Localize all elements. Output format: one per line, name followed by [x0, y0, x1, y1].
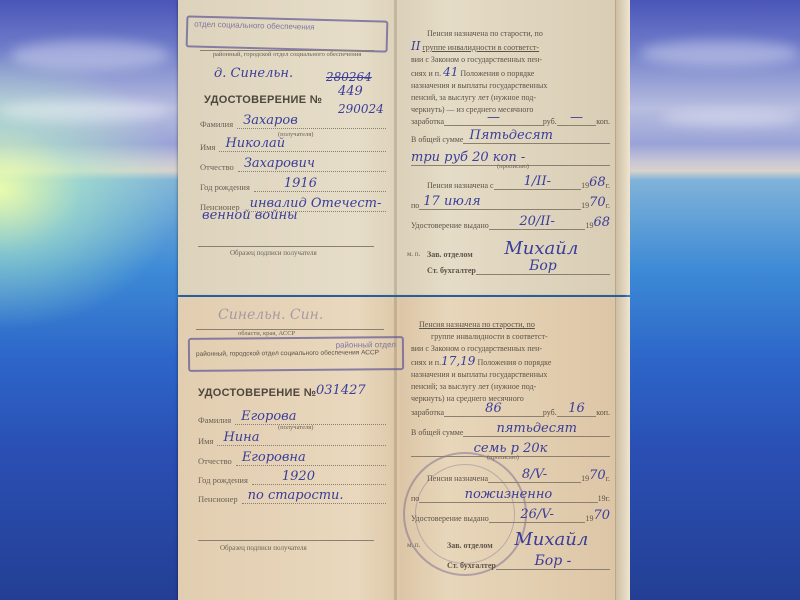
office-stamp: отдел социального обеспечения	[186, 15, 389, 52]
field-surname: Фамилия Егорова	[198, 409, 386, 425]
head-signature: Михайл	[473, 238, 610, 259]
field-pensioner: Пенсионер по старости.	[198, 488, 386, 504]
earnings-row: заработка — руб. — коп.	[411, 110, 610, 126]
pension-basis-paragraph: Пенсия назначена по старости, по группе …	[411, 319, 610, 405]
head-signature: Михайл	[493, 529, 610, 550]
signature-line	[198, 540, 374, 541]
crossed-number: 280264	[326, 70, 372, 84]
clause-number: 41	[443, 65, 458, 79]
seal-place-label: м. п.	[407, 250, 420, 258]
cloud	[0, 100, 170, 122]
certificate-right-page: Пенсия назначена по старости, по группе …	[397, 297, 626, 600]
office-stamp: районный отдел районный, городской отдел…	[188, 336, 404, 372]
cloud	[660, 110, 800, 126]
certificate-title: УДОСТОВЕРЕНИЕ №	[198, 387, 316, 399]
head-signature-row: Зав. отделом Михайл	[447, 529, 610, 550]
field-birth-year: Год рождения 1916	[200, 176, 386, 192]
certificate-left-page: Синельн. Син. области, края, АССР районн…	[178, 297, 394, 600]
signature-line	[198, 246, 374, 247]
signature-caption: Образец подписи получателя	[230, 249, 317, 257]
pension-basis-paragraph: Пенсия назначена по старости, по II груп…	[411, 28, 610, 116]
head-signature-row: Зав. отделом Михайл	[427, 238, 610, 259]
certificate-right-page: Пенсия назначена по старости, по II груп…	[397, 0, 626, 295]
faded-handwriting: Синельн. Син.	[218, 307, 323, 323]
in-words-caption: (прописью)	[487, 454, 519, 461]
field-patronymic: Отчество Захарович	[200, 156, 386, 172]
certificate-number: 449	[338, 84, 363, 99]
assigned-from-row: Пенсия назначена с 1/II- 1968г.	[411, 174, 610, 190]
field-patronymic: Отчество Егоровна	[198, 450, 386, 466]
clause-number: 17,19	[441, 354, 475, 368]
pension-certificate-bottom: Синельн. Син. области, края, АССР районн…	[178, 297, 626, 600]
certificate-number: 031427	[316, 383, 366, 398]
page-edge	[615, 0, 630, 295]
pension-certificate-top: отдел социального обеспечения районный, …	[178, 0, 626, 295]
accountant-row: Ст. бухгалтер Бор -	[447, 553, 610, 570]
assigned-to-row: по пожизненно 19г.	[411, 487, 610, 503]
cloud	[640, 40, 800, 66]
certificate-title: УДОСТОВЕРЕНИЕ №	[204, 94, 322, 106]
stamp-subcaption: районный, городской отдел социального об…	[200, 51, 374, 58]
signature-caption: Образец подписи получателя	[220, 544, 307, 552]
field-birth-year: Год рождения 1920	[198, 469, 386, 485]
accountant-signature: Бор -	[496, 553, 610, 570]
certificate-left-page: отдел социального обеспечения районный, …	[178, 0, 394, 295]
total-amount-row: В общей сумме Пятьдесят	[411, 128, 610, 144]
cloud	[10, 40, 170, 70]
pensioner-continuation: венной войны	[202, 208, 298, 223]
assigned-from-row: Пенсия назначена 8/V- 1970г.	[411, 467, 610, 483]
accountant-row: Ст. бухгалтер Бор	[427, 258, 610, 275]
region-caption: области, края, АССР	[238, 330, 295, 337]
in-words-caption: (прописью)	[497, 163, 529, 170]
earnings-row: заработка 86 руб. 16 коп.	[411, 401, 610, 417]
issued-row: Удостоверение выдано 26/V- 1970	[411, 507, 610, 523]
field-surname: Фамилия Захаров	[200, 113, 386, 129]
disability-group: II	[411, 39, 420, 53]
field-name: Имя Нина	[198, 430, 386, 446]
accountant-signature: Бор	[476, 258, 610, 275]
issued-row: Удостоверение выдано 20/II- 1968	[411, 214, 610, 230]
assigned-to-row: по 17 июля 1970г.	[411, 194, 610, 210]
page-edge	[615, 297, 630, 600]
handwritten-city: д. Синельн.	[214, 66, 293, 81]
field-name: Имя Николай	[200, 136, 386, 152]
total-amount-row: В общей сумме пятьдесят	[411, 421, 610, 437]
seal-place-label: м. п.	[407, 541, 420, 549]
